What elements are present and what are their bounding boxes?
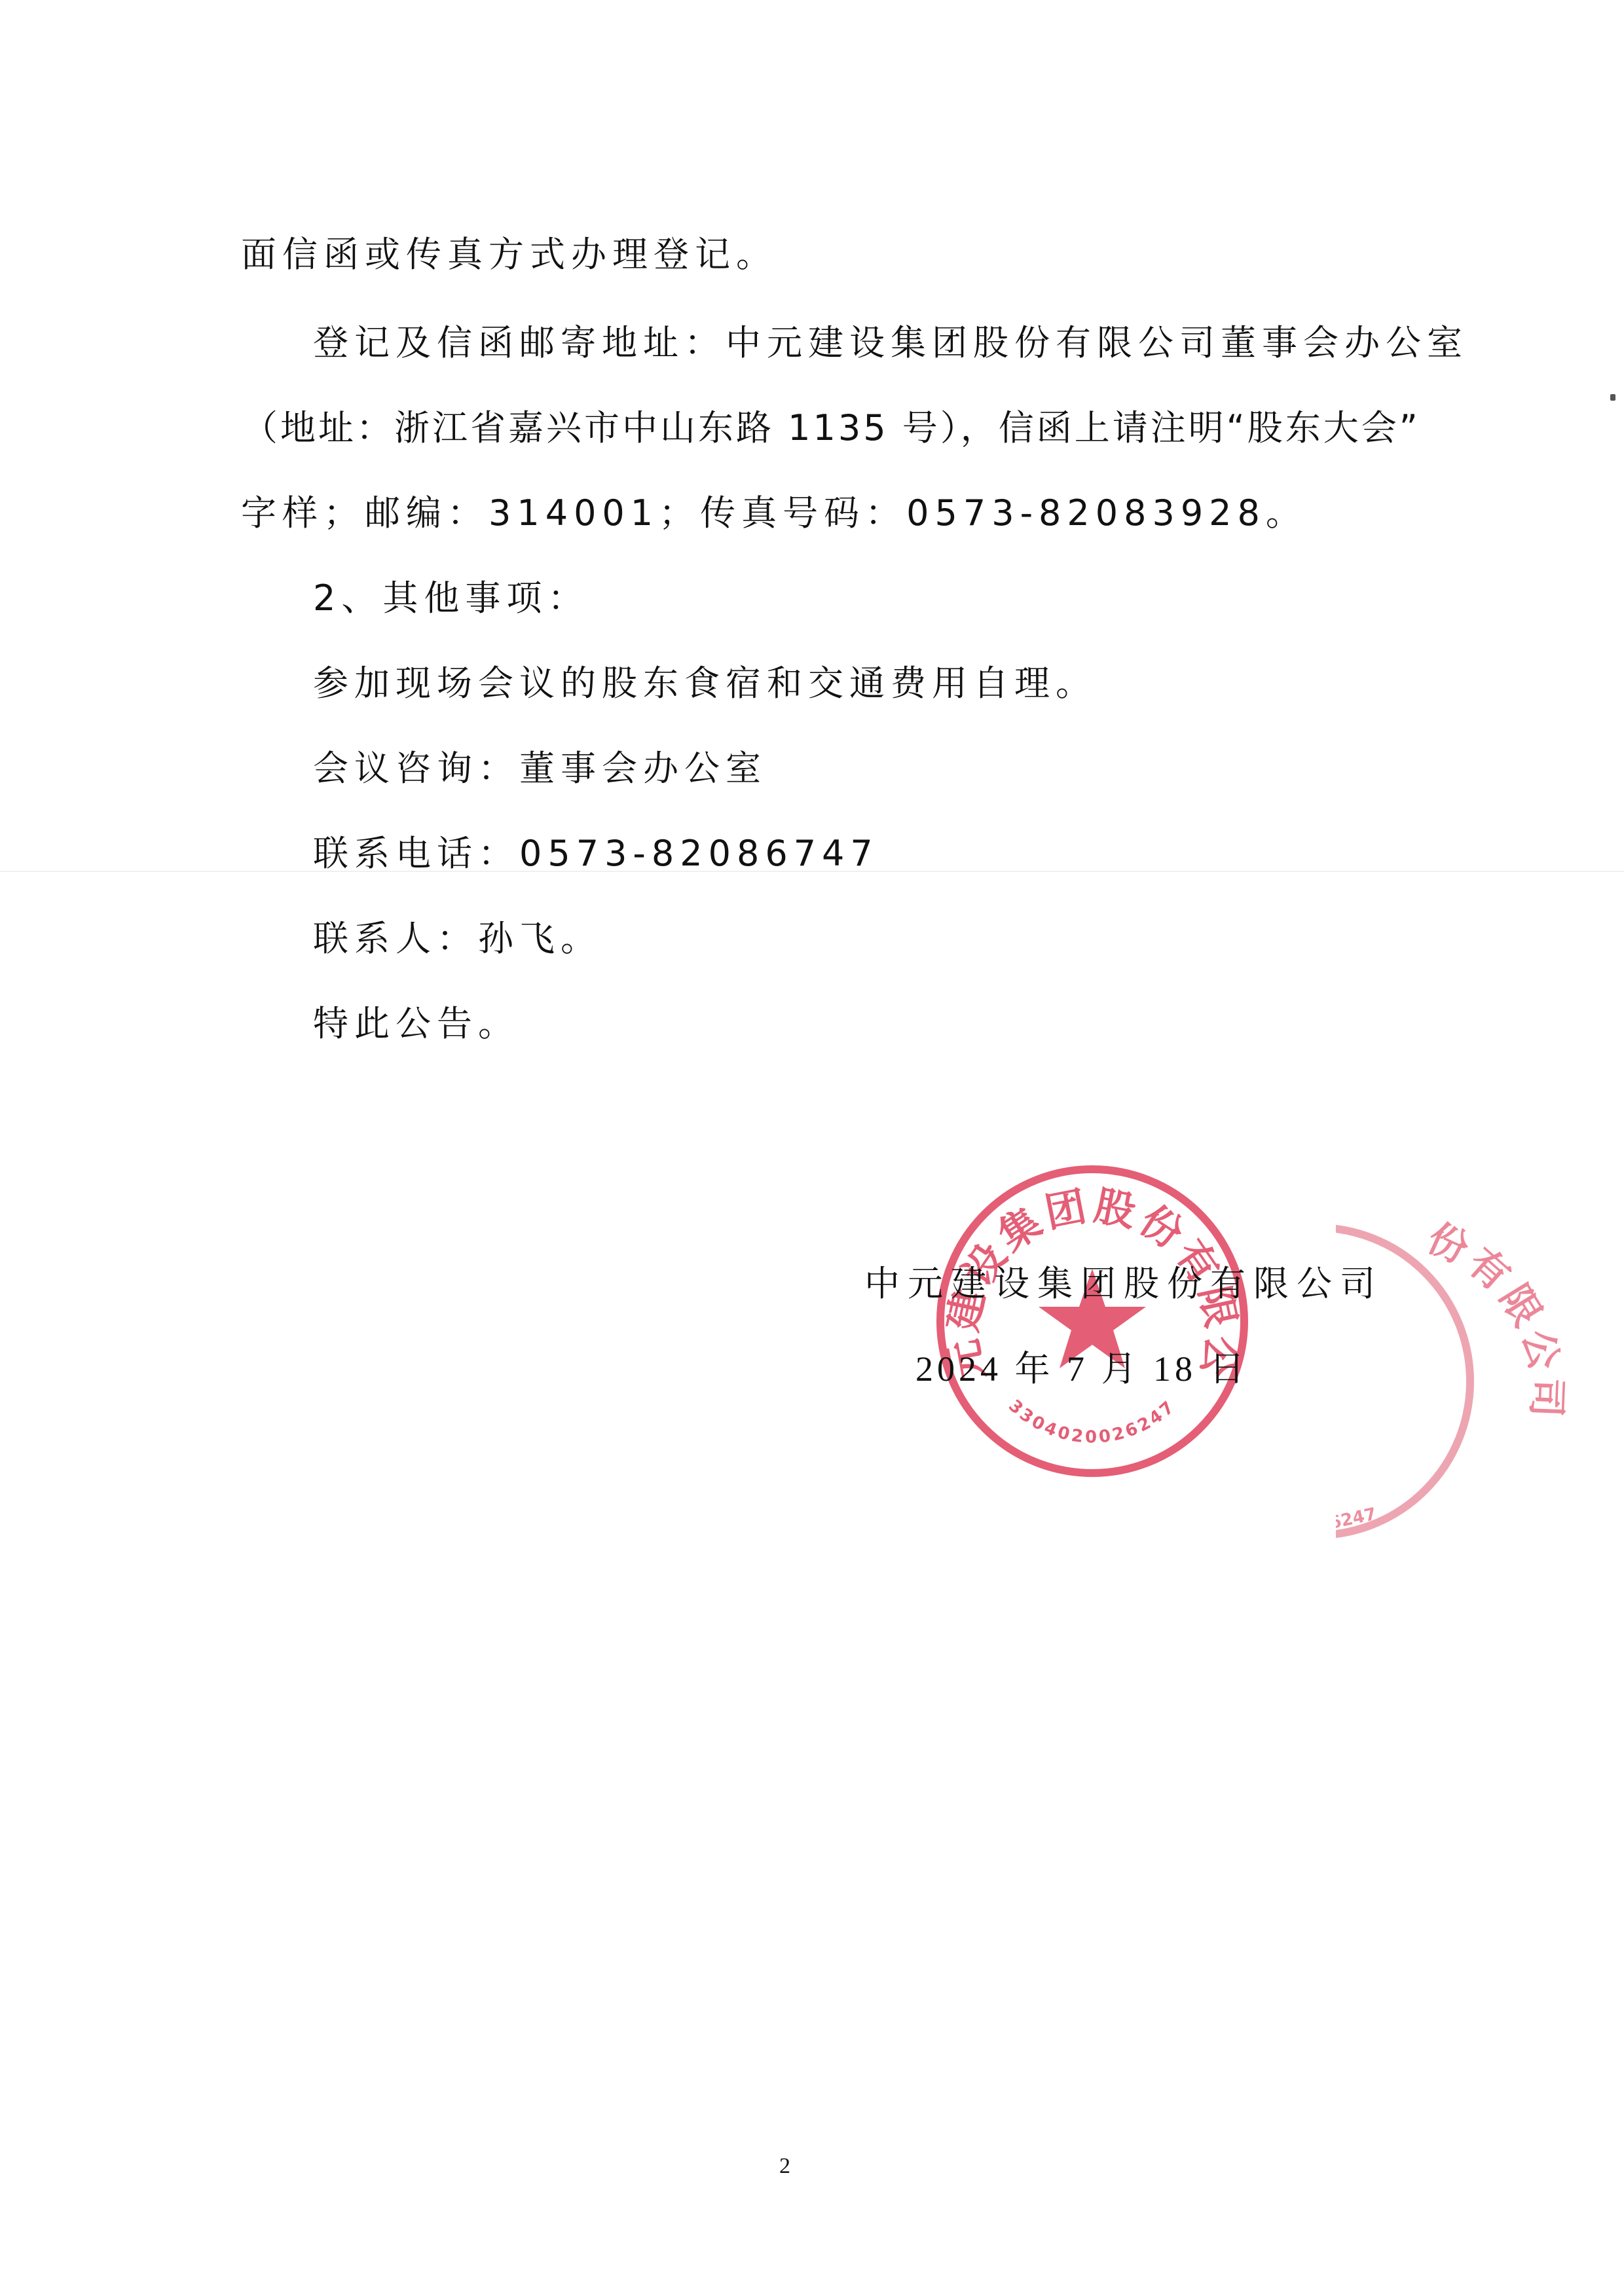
- paragraph-meeting-inquiry: 会议咨询：董事会办公室: [313, 751, 767, 786]
- paragraph-contact-phone: 联系电话：0573-82086747: [313, 836, 879, 871]
- paragraph-closing: 特此公告。: [313, 1006, 519, 1042]
- paragraph-registration-method: 面信函或传真方式办理登记。: [241, 237, 777, 272]
- paragraph-contact-person: 联系人：孙飞。: [313, 921, 602, 957]
- paragraph-mailing-address: 登记及信函邮寄地址：中元建设集团股份有限公司董事会办公室: [313, 325, 1468, 361]
- paragraph-address-detail: （地址：浙江省嘉兴市中山东路 1135 号），信函上请注明“股东大会”: [242, 410, 1420, 446]
- section-heading-other-matters: 2、其他事项：: [313, 581, 589, 616]
- svg-text:3304020026247: 3304020026247: [1005, 1396, 1180, 1447]
- paragraph-postcode-fax: 字样；邮编：314001；传真号码：0573-82083928。: [241, 496, 1307, 531]
- paragraph-expenses: 参加现场会议的股东食宿和交通费用自理。: [313, 666, 1097, 701]
- company-seal-icon: 中元建设集团股份有限公司 3304020026247: [929, 1157, 1256, 1485]
- scan-artifact-speck: [1610, 394, 1615, 401]
- signature-date: 2024 年 7 月 18 日: [915, 1341, 1249, 1391]
- document-page: 面信函或传真方式办理登记。 登记及信函邮寄地址：中元建设集团股份有限公司董事会办…: [0, 0, 1624, 2296]
- signature-company: 中元建设集团股份有限公司: [864, 1256, 1383, 1306]
- svg-text:份有限公司: 份有限公司: [1420, 1215, 1570, 1423]
- page-number: 2: [779, 2154, 790, 2179]
